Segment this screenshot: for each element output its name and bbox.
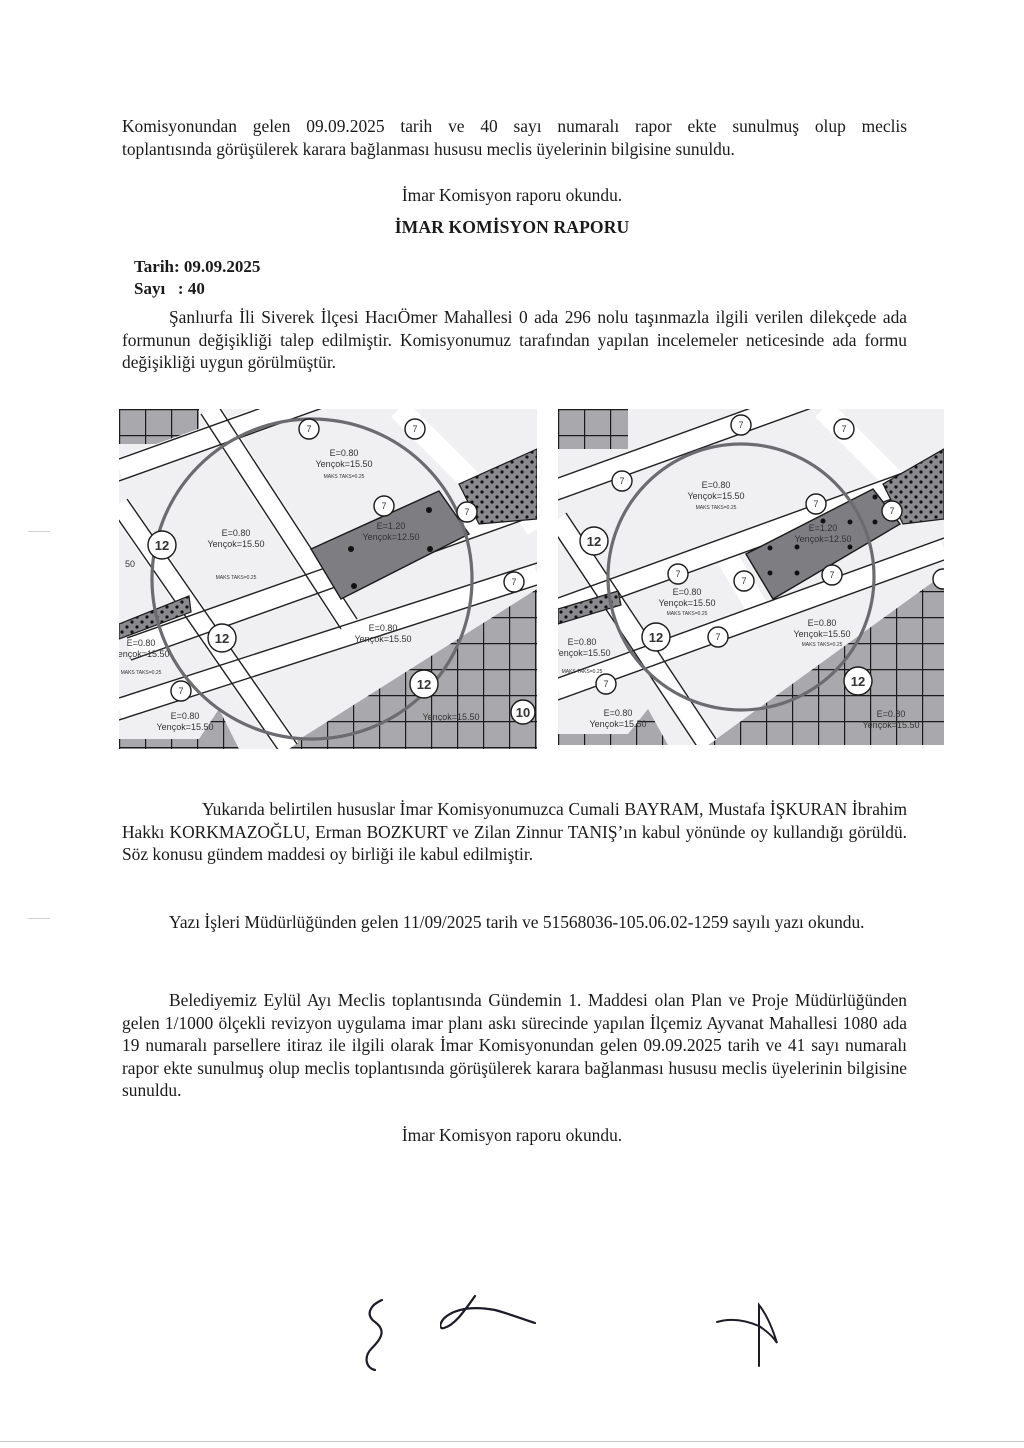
svg-text:12: 12 bbox=[417, 677, 431, 692]
svg-text:7: 7 bbox=[715, 632, 720, 642]
svg-text:7: 7 bbox=[178, 686, 183, 696]
svg-text:Yençok=15.50: Yençok=15.50 bbox=[590, 719, 647, 729]
svg-text:E=0.80: E=0.80 bbox=[369, 623, 398, 633]
svg-text:Yençok=12.50: Yençok=12.50 bbox=[363, 532, 420, 542]
svg-text:7: 7 bbox=[829, 570, 834, 580]
svg-text:7: 7 bbox=[675, 569, 680, 579]
zoning-map-before-drawing: 12 12 12 10 7 7 7 7 7 7 E=0.80 Yençok=15… bbox=[119, 409, 537, 749]
svg-text:E=0.80: E=0.80 bbox=[702, 480, 731, 490]
svg-text:12: 12 bbox=[155, 538, 169, 553]
svg-text:E=0.80: E=0.80 bbox=[568, 637, 597, 647]
report-body-text: Şanlıurfa İli Siverek İlçesi HacıÖmer Ma… bbox=[122, 307, 907, 372]
svg-text:MAKS TAKS=0.25: MAKS TAKS=0.25 bbox=[802, 642, 843, 648]
zoning-map-before: 12 12 12 10 7 7 7 7 7 7 E=0.80 Yençok=15… bbox=[119, 409, 537, 749]
svg-text:Yençok=15.50: Yençok=15.50 bbox=[688, 491, 745, 501]
svg-text:7: 7 bbox=[741, 576, 746, 586]
svg-text:E=1.20: E=1.20 bbox=[809, 523, 838, 533]
svg-text:E=0.80: E=0.80 bbox=[808, 618, 837, 628]
report-title: İMAR KOMİSYON RAPORU bbox=[0, 217, 1024, 238]
svg-text:E=1.20: E=1.20 bbox=[377, 521, 406, 531]
svg-text:7: 7 bbox=[412, 424, 417, 434]
svg-text:7: 7 bbox=[841, 424, 846, 434]
svg-text:Yençok=15.50: Yençok=15.50 bbox=[659, 598, 716, 608]
svg-text:E=0.80: E=0.80 bbox=[604, 708, 633, 718]
svg-text:Yençok=15.50: Yençok=15.50 bbox=[794, 629, 851, 639]
svg-text:Yençok=12.50: Yençok=12.50 bbox=[795, 534, 852, 544]
svg-text:Yençok=15.50: Yençok=15.50 bbox=[423, 712, 480, 722]
margin-mark bbox=[28, 531, 50, 532]
svg-text:MAKS TAKS=0.25: MAKS TAKS=0.25 bbox=[667, 611, 708, 617]
intro-line-1: Komisyonundan gelen 09.09.2025 tarih ve … bbox=[122, 115, 907, 138]
svg-text:12: 12 bbox=[851, 674, 865, 689]
letter-paragraph-text: Yazı İşleri Müdürlüğünden gelen 11/09/20… bbox=[169, 912, 865, 932]
svg-text:E=0.80: E=0.80 bbox=[171, 711, 200, 721]
page-bottom-line bbox=[0, 1441, 1024, 1442]
zoning-map-after-drawing: 12 12 12 7 7 7 7 7 7 7 7 7 7 E=0.80 Yenç… bbox=[558, 409, 944, 745]
report-read-note: İmar Komisyon raporu okundu. bbox=[0, 185, 1024, 206]
intro-paragraph: Komisyonundan gelen 09.09.2025 tarih ve … bbox=[122, 115, 907, 160]
letter-paragraph: Yazı İşleri Müdürlüğünden gelen 11/09/20… bbox=[122, 911, 907, 934]
svg-text:7: 7 bbox=[889, 506, 894, 516]
svg-text:Yençok=15.50: Yençok=15.50 bbox=[119, 649, 169, 659]
svg-text:50: 50 bbox=[125, 559, 135, 569]
svg-text:7: 7 bbox=[603, 679, 608, 689]
svg-text:12: 12 bbox=[587, 534, 601, 549]
svg-text:10: 10 bbox=[516, 705, 530, 720]
svg-text:Yençok=15.50: Yençok=15.50 bbox=[355, 634, 412, 644]
report-number: Sayı : 40 bbox=[134, 279, 205, 299]
margin-mark bbox=[28, 918, 50, 919]
report-read-note-2: İmar Komisyon raporu okundu. bbox=[0, 1125, 1024, 1146]
svg-text:MAKS TAKS=0.25: MAKS TAKS=0.25 bbox=[121, 670, 162, 676]
agenda-paragraph-text: Belediyemiz Eylül Ayı Meclis toplantısın… bbox=[122, 990, 907, 1100]
svg-text:Yençok=15.50: Yençok=15.50 bbox=[316, 459, 373, 469]
svg-text:MAKS TAKS=0.25: MAKS TAKS=0.25 bbox=[562, 669, 603, 675]
report-body: Şanlıurfa İli Siverek İlçesi HacıÖmer Ma… bbox=[122, 306, 907, 374]
svg-text:Yençok=15.50: Yençok=15.50 bbox=[208, 539, 265, 549]
svg-text:E=0.80: E=0.80 bbox=[673, 587, 702, 597]
svg-text:7: 7 bbox=[306, 424, 311, 434]
intro-line-2: toplantısında görüşülerek karara bağlanm… bbox=[122, 138, 907, 161]
svg-text:7: 7 bbox=[738, 420, 743, 430]
svg-text:7: 7 bbox=[511, 577, 516, 587]
vote-paragraph-text: Yukarıda belirtilen hususlar İmar Komisy… bbox=[122, 799, 907, 864]
svg-text:Yençok=15.50: Yençok=15.50 bbox=[558, 648, 610, 658]
svg-text:7: 7 bbox=[381, 501, 386, 511]
svg-text:E=0.80: E=0.80 bbox=[222, 528, 251, 538]
signature-3 bbox=[715, 1300, 805, 1380]
svg-text:MAKS TAKS=0.25: MAKS TAKS=0.25 bbox=[324, 474, 365, 480]
signature-1 bbox=[360, 1290, 450, 1380]
svg-text:7: 7 bbox=[619, 476, 624, 486]
signature-2 bbox=[440, 1290, 570, 1350]
svg-text:7: 7 bbox=[813, 499, 818, 509]
agenda-paragraph: Belediyemiz Eylül Ayı Meclis toplantısın… bbox=[122, 989, 907, 1102]
svg-text:MAKS TAKS=0.25: MAKS TAKS=0.25 bbox=[216, 575, 257, 581]
svg-text:12: 12 bbox=[215, 631, 229, 646]
svg-text:7: 7 bbox=[464, 507, 469, 517]
svg-text:MAKS TAKS=0.25: MAKS TAKS=0.25 bbox=[696, 505, 737, 511]
vote-paragraph: Yukarıda belirtilen hususlar İmar Komisy… bbox=[122, 798, 907, 866]
report-date: Tarih: 09.09.2025 bbox=[134, 257, 260, 277]
zoning-map-after: 12 12 12 7 7 7 7 7 7 7 7 7 7 E=0.80 Yenç… bbox=[558, 409, 944, 745]
svg-text:Yençok=15.50: Yençok=15.50 bbox=[157, 722, 214, 732]
svg-text:E=0.80: E=0.80 bbox=[127, 638, 156, 648]
svg-text:12: 12 bbox=[649, 630, 663, 645]
svg-text:E=0.80: E=0.80 bbox=[877, 709, 906, 719]
svg-text:Yençok=15.50: Yençok=15.50 bbox=[863, 720, 920, 730]
svg-text:E=0.80: E=0.80 bbox=[330, 448, 359, 458]
